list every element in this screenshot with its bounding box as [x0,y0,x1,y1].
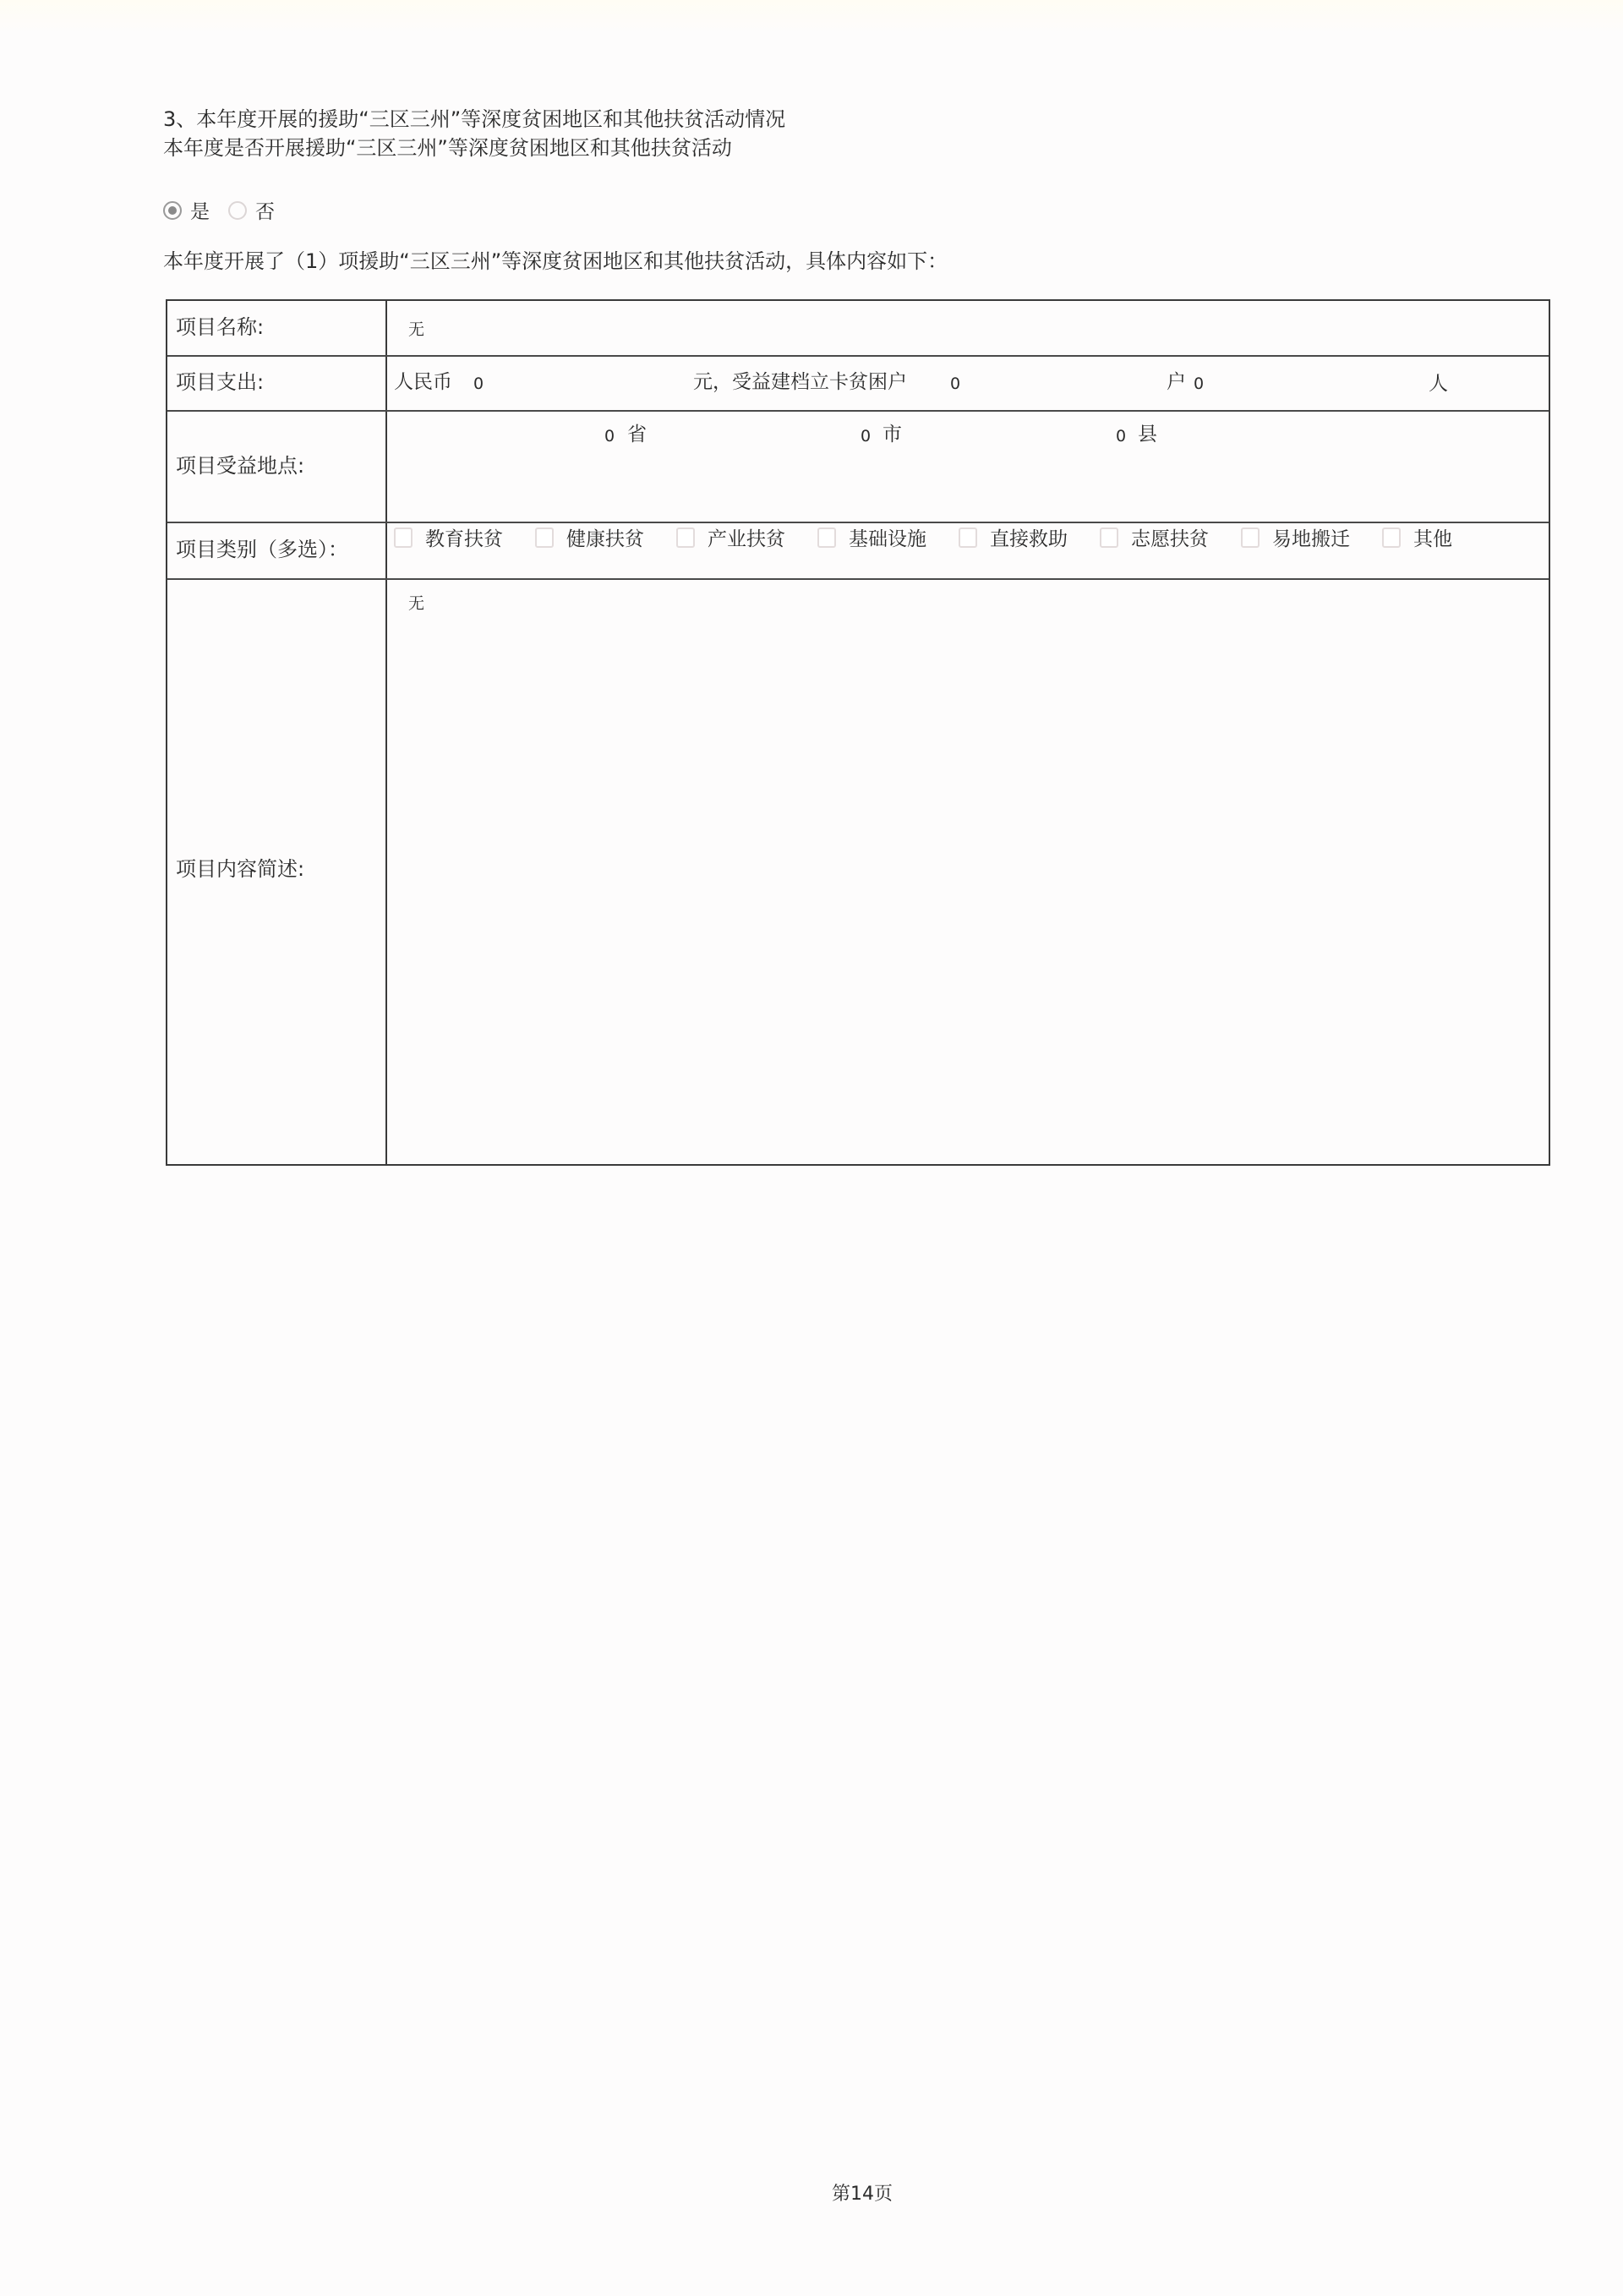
category-checkbox-group: 教育扶贫 健康扶贫 产业扶贫 基础设施 直接救助 志愿扶贫 易地搬迁 其他 [394,523,1452,551]
project-name-label: 项目名称: [176,314,264,340]
project-name-value[interactable]: 无 [408,318,424,342]
radio-no[interactable] [228,201,247,220]
category-option-label: 产业扶贫 [708,523,785,551]
radio-yes-label: 是 [190,196,210,224]
description-label: 项目内容简述: [176,856,304,882]
category-label: 项目类别（多选）： [176,537,348,562]
category-industry[interactable]: 产业扶贫 [676,523,817,551]
checkbox[interactable] [1241,528,1260,548]
province-unit: 省 [627,423,647,446]
checkbox[interactable] [1382,528,1401,548]
checkbox[interactable] [394,528,413,548]
province-value[interactable]: 0 [604,424,615,448]
section-heading: 3、本年度开展的援助“三区三州”等深度贫困地区和其他扶贫活动情况 [163,107,785,132]
checkbox[interactable] [1100,528,1118,548]
category-volunteer[interactable]: 志愿扶贫 [1100,523,1241,551]
category-education[interactable]: 教育扶贫 [394,523,535,551]
category-health[interactable]: 健康扶贫 [535,523,676,551]
rmb-prefix: 人民币 [394,370,452,394]
households-value[interactable]: 0 [950,372,960,396]
radio-no-label: 否 [255,196,275,224]
row-divider [167,410,1549,412]
checkbox[interactable] [535,528,554,548]
row-divider [167,578,1549,580]
checkbox[interactable] [676,528,695,548]
yuan-beneficiary-text: 元，受益建档立卡贫困户 [693,370,907,394]
radio-yes[interactable] [163,201,182,220]
people-value[interactable]: 0 [1194,372,1204,396]
category-option-label: 其他 [1413,523,1452,551]
category-direct-aid[interactable]: 直接救助 [959,523,1100,551]
category-infrastructure[interactable]: 基础设施 [817,523,959,551]
ren-unit: 人 [1429,372,1448,396]
county-value[interactable]: 0 [1116,424,1126,448]
category-option-label: 基础设施 [849,523,926,551]
description-value[interactable]: 无 [408,592,424,615]
expenditure-label: 项目支出: [176,369,264,395]
checkbox[interactable] [959,528,977,548]
city-unit: 市 [883,423,902,446]
location-label: 项目受益地点: [176,453,304,478]
poverty-project-table: 项目名称: 无 项目支出: 人民币 0 元，受益建档立卡贫困户 0 户 0 人 … [166,299,1550,1166]
county-unit: 县 [1138,423,1157,446]
category-other[interactable]: 其他 [1382,523,1452,551]
category-relocation[interactable]: 易地搬迁 [1241,523,1382,551]
category-option-label: 直接救助 [990,523,1068,551]
yes-no-radio-group: 是 否 [163,196,293,224]
column-divider [385,301,387,1164]
city-value[interactable]: 0 [861,424,871,448]
category-option-label: 健康扶贫 [566,523,644,551]
category-option-label: 志愿扶贫 [1131,523,1209,551]
expenditure-amount[interactable]: 0 [473,372,484,396]
question-text: 本年度是否开展援助“三区三州”等深度贫困地区和其他扶贫活动 [163,135,732,161]
checkbox[interactable] [817,528,836,548]
category-option-label: 教育扶贫 [425,523,503,551]
scan-edge [0,0,1623,34]
row-divider [167,355,1549,357]
hu-unit: 户 [1167,370,1186,394]
category-option-label: 易地搬迁 [1272,523,1350,551]
radio-selected-dot-icon [168,206,177,215]
summary-text: 本年度开展了（1）项援助“三区三州”等深度贫困地区和其他扶贫活动，具体内容如下： [163,249,948,274]
page-number: 第14页 [0,2179,1623,2206]
